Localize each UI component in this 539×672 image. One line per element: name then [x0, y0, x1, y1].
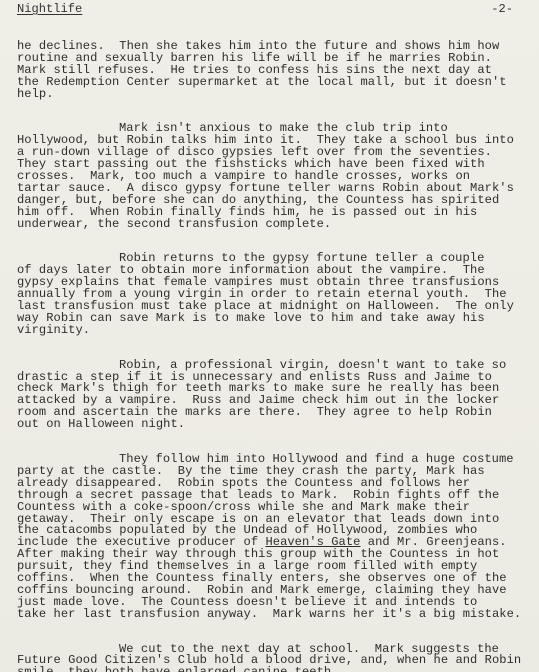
paragraph-gap: [17, 230, 537, 253]
text-line: out on Halloween night.: [17, 419, 537, 431]
document-title: Nightlife: [17, 3, 82, 15]
page-header: Nightlife -2-: [17, 3, 513, 17]
text-line: virginity.: [17, 325, 537, 337]
text-line: help.: [17, 89, 537, 101]
paragraph: Robin, a professional virgin, doesn't wa…: [17, 360, 537, 431]
paragraph-gap: [17, 337, 537, 360]
paragraph: Mark isn't anxious to make the club trip…: [17, 123, 537, 230]
document-page: Nightlife -2- he declines. Then she take…: [0, 0, 539, 672]
text-line: smile, they both have enlarged canine te…: [17, 667, 537, 672]
document-body: he declines. Then she takes him into the…: [17, 41, 537, 672]
paragraph: We cut to the next day at school. Mark s…: [17, 644, 537, 672]
paragraph-gap: [17, 431, 537, 454]
text-line: take her last transfusion anyway. Mark w…: [17, 609, 537, 621]
text-line: the Redemption Center supermarket at the…: [17, 77, 537, 89]
page-number: -2-: [491, 3, 513, 15]
paragraph: Robin returns to the gypsy fortune telle…: [17, 253, 537, 336]
paragraph-gap: [17, 621, 537, 644]
text-line: underwear, the second transfusion comple…: [17, 219, 537, 231]
paragraph-gap: [17, 100, 537, 123]
paragraph: They follow him into Hollywood and find …: [17, 454, 537, 620]
paragraph: he declines. Then she takes him into the…: [17, 41, 537, 100]
text-line: way Robin can save Mark is to make love …: [17, 313, 537, 325]
